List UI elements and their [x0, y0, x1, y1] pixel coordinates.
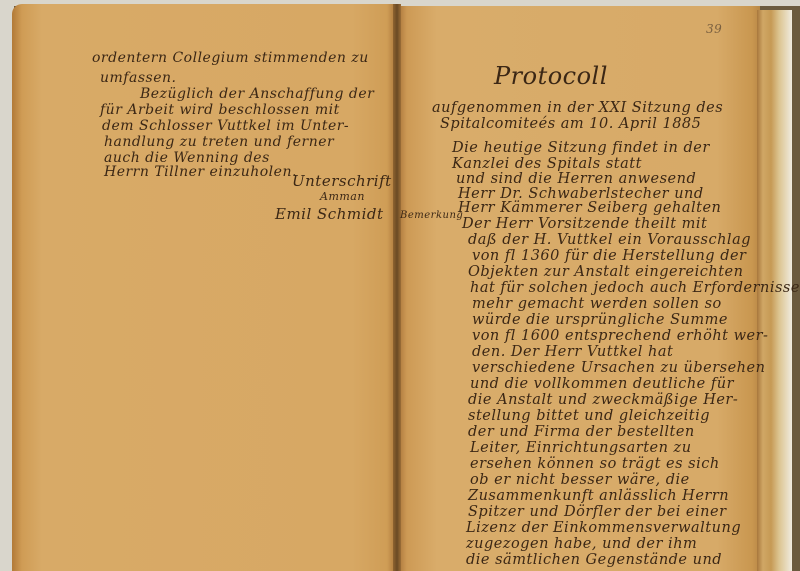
body-line: zugezogen habe, und der ihm — [466, 536, 697, 552]
body-line: mehr gemacht werden sollen so — [472, 296, 722, 312]
left-line: dem Schlosser Vuttkel im Unter- — [102, 118, 349, 134]
left-line: handlung zu treten und ferner — [104, 134, 334, 150]
body-line: ersehen können so trägt es sich — [470, 456, 720, 472]
body-line: hat für solchen jedoch auch Erforderniss… — [470, 280, 800, 296]
body-line: von fl 1360 für die Herstellung der — [472, 248, 747, 264]
body-line: Leiter, Einrichtungsarten zu — [470, 440, 692, 456]
body-line: die sämtlichen Gegenstände und — [466, 552, 722, 568]
body-line: Objekten zur Anstalt eingereichten — [468, 264, 743, 280]
body-line: Die heutige Sitzung findet in der — [452, 140, 710, 156]
body-line: und die vollkommen deutliche für — [470, 376, 734, 392]
left-line: für Arbeit wird beschlossen mit — [100, 102, 340, 118]
left-line: Bezüglich der Anschaffung der — [140, 86, 374, 102]
body-line: daß der H. Vuttkel ein Vorausschlag — [468, 232, 751, 248]
document-title: Protocoll — [494, 62, 608, 90]
body-line: Der Herr Vorsitzende theilt mit — [462, 216, 707, 232]
body-line: verschiedene Ursachen zu übersehen — [472, 360, 765, 376]
header-line: Spitalcomiteés am 10. April 1885 — [440, 116, 701, 132]
body-line: und sind die Herren anwesend — [456, 171, 696, 187]
left-line: umfassen. — [100, 70, 176, 86]
body-line: Kanzlei des Spitals statt — [452, 156, 642, 172]
body-line: von fl 1600 entsprechend erhöht wer- — [472, 328, 768, 344]
margin-note: Bemerkung — [400, 210, 463, 221]
body-line: Spitzer und Dörfler der bei einer — [468, 504, 727, 520]
book-gutter — [393, 4, 401, 571]
page-number: 39 — [706, 22, 722, 36]
body-line: würde die ursprüngliche Summe — [472, 312, 728, 328]
body-line: stellung bittet und gleichzeitig — [468, 408, 710, 424]
body-line: Herr Kämmerer Seiberg gehalten — [458, 200, 721, 216]
body-line: Zusammenkunft anlässlich Herrn — [468, 488, 729, 504]
body-line: den. Der Herr Vuttkel hat — [472, 344, 673, 360]
header-line: aufgenommen in der XXI Sitzung des — [432, 100, 723, 116]
signature: Emil Schmidt — [275, 205, 384, 223]
left-line: ordentern Collegium stimmenden zu — [92, 50, 369, 66]
body-line: die Anstalt und zweckmäßige Her- — [468, 392, 738, 408]
body-line: ob er nicht besser wäre, die — [470, 472, 690, 488]
body-line: der und Firma der bestellten — [468, 424, 695, 440]
body-line: Lizenz der Einkommensverwaltung — [466, 520, 741, 536]
signature: Unterschrift — [292, 172, 392, 190]
signature: Amman — [320, 190, 365, 203]
left-line: Herrn Tillner einzuholen. — [104, 164, 297, 180]
